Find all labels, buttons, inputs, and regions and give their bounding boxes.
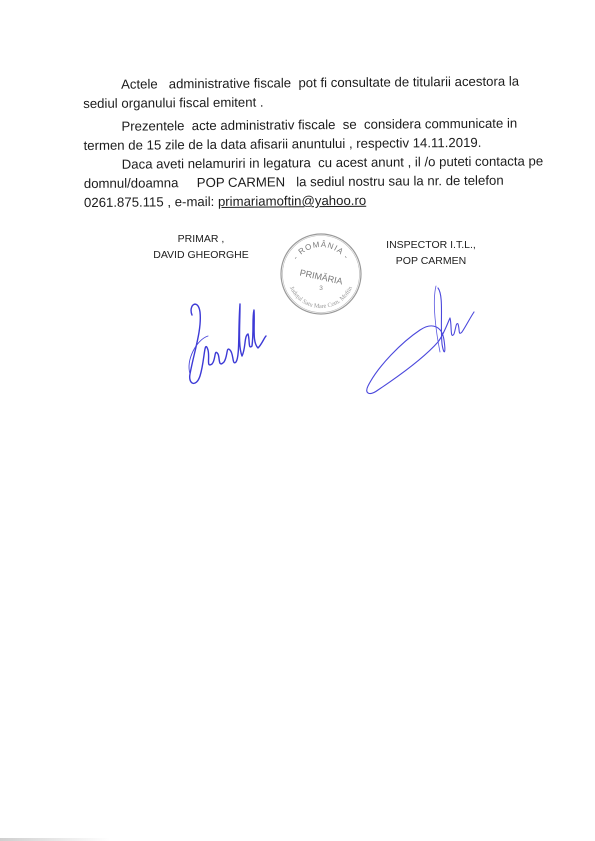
email-link[interactable]: primariamoftin@yahoo.ro <box>218 193 366 209</box>
svg-text:- ROMÂNIA -: - ROMÂNIA - <box>291 240 351 262</box>
signature-block-mayor: PRIMAR , DAVID GHEORGHE <box>146 231 256 263</box>
svg-text:3: 3 <box>319 285 323 292</box>
inspector-title: INSPECTOR I.T.L., <box>375 237 487 253</box>
official-stamp-icon: - ROMÂNIA - Județul Satu Mare Com. Mofti… <box>279 232 363 316</box>
phone-text: 0261.875.115 , e-mail: <box>84 194 218 210</box>
paragraph-contact: Daca aveti nelamuriri in legatura cu ace… <box>84 151 554 212</box>
document-body: Actele administrative fiscale pot fi con… <box>83 71 554 212</box>
text-line: domnul/doamna POP CARMEN la sediul nostr… <box>84 170 554 193</box>
document-page: Actele administrative fiscale pot fi con… <box>0 0 595 841</box>
signature-block-inspector: INSPECTOR I.T.L., POP CARMEN <box>375 237 487 269</box>
text-line: Actele administrative fiscale pot fi con… <box>83 71 553 94</box>
svg-text:PRIMĂRIA: PRIMĂRIA <box>299 268 344 287</box>
paragraph-communication: Prezentele acte administrativ fiscale se… <box>83 113 553 155</box>
inspector-signature-icon <box>362 282 477 407</box>
mayor-title: PRIMAR , <box>146 231 256 247</box>
mayor-signature-icon <box>178 290 273 390</box>
contact-line: 0261.875.115 , e-mail: primariamoftin@ya… <box>84 189 554 212</box>
text-line: sediul organului fiscal emitent . <box>83 90 553 113</box>
paragraph-consultation: Actele administrative fiscale pot fi con… <box>83 71 553 113</box>
text-line: Prezentele acte administrativ fiscale se… <box>83 113 553 136</box>
mayor-name: DAVID GHEORGHE <box>146 247 256 263</box>
inspector-name: POP CARMEN <box>375 253 487 269</box>
